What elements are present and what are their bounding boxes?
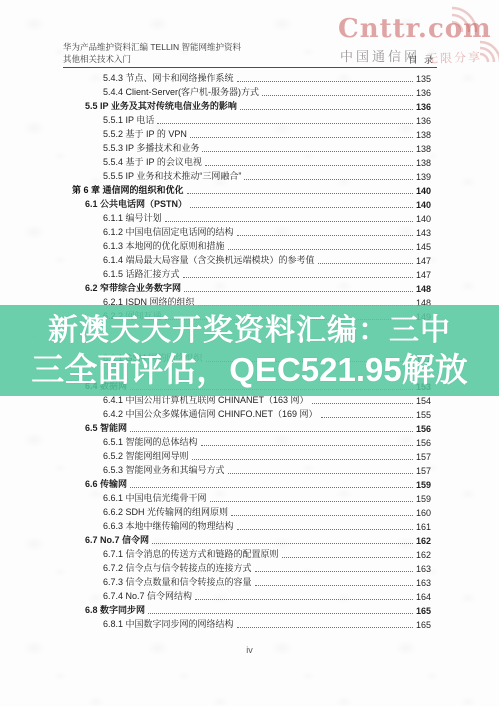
toc-entry-page: 161 <box>416 522 431 532</box>
toc-entry-page: 145 <box>416 242 431 252</box>
toc-entry-title: 6.7.4 No.7 信令网结构 <box>103 589 192 602</box>
footer-page-number: iv <box>0 645 499 655</box>
toc-entry-title: 6.7.1 信令消息的传送方式和链路的配置原则 <box>103 547 279 560</box>
toc-entry: 6.6.1 中国电信光缆骨干网159 <box>0 490 431 504</box>
toc-entry-title: 6.1.3 本地网的优化原则和措施 <box>103 239 225 252</box>
toc-dot-leader <box>157 123 413 124</box>
toc-entry: 6.7 No.7 信令网162 <box>0 532 431 546</box>
toc-dot-leader <box>184 291 413 292</box>
promo-overlay: 新澳天天开奖资料汇编：三中 三全面评估，QEC521.95解放 <box>0 305 499 396</box>
toc-dot-leader <box>231 515 413 516</box>
toc-entry-page: 154 <box>416 396 431 406</box>
toc-entry-title: 6.7.3 信令点数量和信令转接点的容量 <box>103 575 252 588</box>
toc-entry-page: 138 <box>416 144 431 154</box>
toc-entry-page: 136 <box>416 88 431 98</box>
toc-entry-title: 6.5.2 智能网组网导则 <box>103 449 189 462</box>
toc-dot-leader <box>190 137 413 138</box>
toc-entry-title: 5.5.2 基于 IP 的 VPN <box>103 127 187 140</box>
toc-dot-leader <box>228 249 413 250</box>
toc-entry-title: 6.1.2 中国电信固定电话网的结构 <box>103 225 234 238</box>
toc-entry: 6.5.1 智能网的总体结构156 <box>0 434 431 448</box>
toc-entry-page: 136 <box>416 116 431 126</box>
toc-entry-page: 155 <box>416 410 431 420</box>
toc-entry-page: 160 <box>416 508 431 518</box>
toc-entry: 6.7.1 信令消息的传送方式和链路的配置原则162 <box>0 546 431 560</box>
toc-entry-title: 6.5.3 智能网业务和其编号方式 <box>103 463 225 476</box>
promo-overlay-line1: 新澳天天开奖资料汇编：三中 <box>48 312 451 350</box>
toc-dot-leader <box>130 487 413 488</box>
toc-entry-page: 138 <box>416 158 431 168</box>
toc-entry: 5.5 IP 业务及其对传统电信业务的影响136 <box>0 98 431 112</box>
toc-entry-title: 6.1 公共电话网（PSTN） <box>85 197 187 210</box>
toc-dot-leader <box>237 235 413 236</box>
header-line1: 华为产品维护资料汇编 TELLIN 智能网维护资料 <box>63 41 437 53</box>
toc-entry-title: 6.7.2 信令点与信令转接点的连接方式 <box>103 561 252 574</box>
toc-entry-page: 148 <box>416 284 431 294</box>
toc-entry-page: 143 <box>416 228 431 238</box>
toc-dot-leader <box>240 109 413 110</box>
toc-entry-title: 6.6.3 本地中继传输网的物理结构 <box>103 519 234 532</box>
toc-dot-leader <box>187 193 413 194</box>
toc-entry: 6.5.2 智能网组网导则157 <box>0 448 431 462</box>
toc-dot-leader <box>165 221 413 222</box>
toc-dot-leader <box>202 151 413 152</box>
toc-entry: 6.8 数字同步网165 <box>0 602 431 616</box>
toc-entry: 6.4.2 中国公众多媒体通信网 CHINFO.NET（169 网）155 <box>0 406 431 420</box>
toc-entry-page: 159 <box>416 480 431 490</box>
toc-entry-page: 157 <box>416 452 431 462</box>
header-line2: 其他相关技术入门 <box>63 53 437 65</box>
toc-entry-title: 5.5.3 IP 多播技术和业务 <box>103 141 199 154</box>
toc-entry: 5.5.3 IP 多播技术和业务138 <box>0 140 431 154</box>
toc-entry: 6.1.2 中国电信固定电话网的结构143 <box>0 224 431 238</box>
toc-dot-leader <box>210 501 413 502</box>
toc-dot-leader <box>321 417 413 418</box>
toc-entry-page: 162 <box>416 536 431 546</box>
toc-page-label: 目 录 <box>408 54 435 66</box>
toc-entry: 5.5.2 基于 IP 的 VPN138 <box>0 126 431 140</box>
toc-dot-leader <box>130 431 413 432</box>
toc-entry: 5.5.4 基于 IP 的会议电视138 <box>0 154 431 168</box>
toc-entry: 6.1.3 本地网的优化原则和措施145 <box>0 238 431 252</box>
toc-entry: 6.1.5 话路汇接方式147 <box>0 266 431 280</box>
toc-entry-page: 157 <box>416 466 431 476</box>
toc-entry: 6.8.1 中国数字同步网的网络结构165 <box>0 616 431 630</box>
toc-entry-title: 6.6.2 SDH 光传输网的组网原则 <box>103 505 228 518</box>
toc-dot-leader <box>228 473 413 474</box>
toc-entry: 5.4.3 节点、网卡和网络操作系统135 <box>0 70 431 84</box>
running-header: 华为产品维护资料汇编 TELLIN 智能网维护资料 其他相关技术入门 目 录 <box>63 41 437 68</box>
toc-entry-page: 164 <box>416 592 431 602</box>
toc-entry-page: 147 <box>416 270 431 280</box>
toc-dot-leader <box>148 613 413 614</box>
toc-dot-leader <box>195 599 413 600</box>
toc-entry-title: 6.1.5 话路汇接方式 <box>103 267 180 280</box>
toc-dot-leader <box>318 263 413 264</box>
toc-entry: 第 6 章 通信网的组织和优化140 <box>0 182 431 196</box>
toc-dot-leader <box>262 95 413 96</box>
toc-entry-title: 6.5 智能网 <box>85 421 127 434</box>
toc-entry-title: 5.5.5 IP 业务和技术推动“三网融合” <box>103 169 241 182</box>
toc-entry: 6.6.3 本地中继传输网的物理结构161 <box>0 518 431 532</box>
toc-dot-leader <box>183 277 413 278</box>
toc-entry-page: 156 <box>416 438 431 448</box>
toc-entry: 6.7.2 信令点与信令转接点的连接方式163 <box>0 560 431 574</box>
toc-entry: 6.1 公共电话网（PSTN）140 <box>0 196 431 210</box>
toc-entry-title: 6.5.1 智能网的总体结构 <box>103 435 198 448</box>
toc-entry: 6.6.2 SDH 光传输网的组网原则160 <box>0 504 431 518</box>
toc-entry: 6.1.4 端局最大局容量（含交换机远端模块）的参考值147 <box>0 252 431 266</box>
toc-entry: 6.2 窄带综合业务数字网148 <box>0 280 431 294</box>
toc-dot-leader <box>237 627 413 628</box>
toc-entry: 6.6 传输网159 <box>0 476 431 490</box>
toc-entry-page: 162 <box>416 550 431 560</box>
toc-entry-page: 140 <box>416 186 431 196</box>
toc-dot-leader <box>255 585 413 586</box>
toc-entry-title: 5.4.4 Client-Server(客户机-服务器)方式 <box>103 85 259 98</box>
toc-entry-title: 第 6 章 通信网的组织和优化 <box>72 183 184 196</box>
toc-entry: 6.1.1 编号计划140 <box>0 210 431 224</box>
toc-entry-page: 140 <box>416 200 431 210</box>
toc-entry-title: 6.1.1 编号计划 <box>103 211 162 224</box>
toc-dot-leader <box>190 207 413 208</box>
toc-entry-page: 135 <box>416 74 431 84</box>
toc-entry-title: 6.6.1 中国电信光缆骨干网 <box>103 491 207 504</box>
toc-dot-leader <box>237 529 413 530</box>
toc-entry: 5.5.1 IP 电话136 <box>0 112 431 126</box>
toc-entry: 6.7.3 信令点数量和信令转接点的容量163 <box>0 574 431 588</box>
toc-entry-page: 165 <box>416 620 431 630</box>
toc-entry-title: 5.5.1 IP 电话 <box>103 113 154 126</box>
toc-dot-leader <box>201 445 413 446</box>
toc-dot-leader <box>237 81 413 82</box>
toc-entry-title: 5.5 IP 业务及其对传统电信业务的影响 <box>85 99 237 112</box>
toc-dot-leader <box>312 403 413 404</box>
toc-entry-page: 139 <box>416 172 431 182</box>
toc-entry-title: 6.4.2 中国公众多媒体通信网 CHINFO.NET（169 网） <box>103 407 318 420</box>
toc-entry-title: 6.8.1 中国数字同步网的网络结构 <box>103 617 234 630</box>
toc-entry-page: 147 <box>416 256 431 266</box>
toc-dot-leader <box>244 179 413 180</box>
toc-entry-title: 6.6 传输网 <box>85 477 127 490</box>
toc-entry-page: 156 <box>416 424 431 434</box>
toc-dot-leader <box>282 557 413 558</box>
document-page: Cnttr.com 中国通信网 无限分享 华为产品维护资料汇编 TELLIN 智… <box>0 0 499 706</box>
toc-entry-page: 163 <box>416 564 431 574</box>
promo-overlay-line2: 三全面评估，QEC521.95解放 <box>31 350 467 390</box>
toc-entry-title: 6.2 窄带综合业务数字网 <box>85 281 181 294</box>
toc-entry-page: 136 <box>416 102 431 112</box>
toc-entry: 6.5.3 智能网业务和其编号方式157 <box>0 462 431 476</box>
toc-dot-leader <box>205 165 413 166</box>
toc-entry: 5.5.5 IP 业务和技术推动“三网融合”139 <box>0 168 431 182</box>
toc-entry-page: 163 <box>416 578 431 588</box>
cnttr-logo-text: Cnttr.com <box>338 14 492 44</box>
toc-entry-page: 138 <box>416 130 431 140</box>
toc-entry-page: 159 <box>416 494 431 504</box>
toc-entry-title: 5.4.3 节点、网卡和网络操作系统 <box>103 71 234 84</box>
toc-dot-leader <box>152 543 413 544</box>
toc-entry: 6.7.4 No.7 信令网结构164 <box>0 588 431 602</box>
toc-entry: 5.4.4 Client-Server(客户机-服务器)方式136 <box>0 84 431 98</box>
toc-entry-page: 165 <box>416 606 431 616</box>
toc-entry: 6.5 智能网156 <box>0 420 431 434</box>
toc-entry-title: 5.5.4 基于 IP 的会议电视 <box>103 155 202 168</box>
toc-entry-page: 140 <box>416 214 431 224</box>
toc-entry-title: 6.8 数字同步网 <box>85 603 145 616</box>
toc-dot-leader <box>192 459 413 460</box>
toc-entry-title: 6.1.4 端局最大局容量（含交换机远端模块）的参考值 <box>103 253 315 266</box>
toc-dot-leader <box>255 571 413 572</box>
toc-entry-title: 6.7 No.7 信令网 <box>85 533 149 546</box>
